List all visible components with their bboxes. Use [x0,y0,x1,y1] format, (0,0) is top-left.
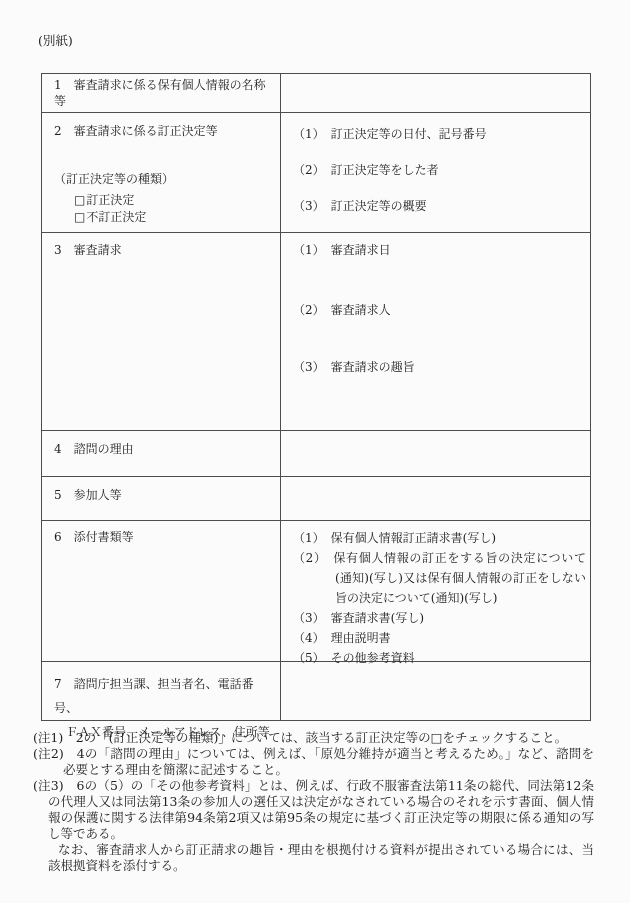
checkbox-non-correction-decision-label: 不訂正決定 [86,210,146,224]
footnote-2: (注2) 4の「諮問の理由」については、例えば、「原処分維持が適当と考えるため。… [33,746,594,778]
row-2-subheading: （訂正決定等の種類） [54,171,272,187]
checkbox-correction-decision-label: 訂正決定 [86,193,134,207]
row-4-label-cell: 4 諮問の理由 [42,431,281,476]
table-row-4: 4 諮問の理由 [42,430,590,476]
row-2-item-1: （1） 訂正決定等の日付、記号番号 [293,126,586,142]
table-row-6: 6 添付書類等 （1） 保有個人情報訂正請求書(写し) （2） 保有個人情報の訂… [42,520,590,661]
row-3-item-3: （3） 審査請求の趣旨 [293,359,586,375]
row-5-label-cell: 5 参加人等 [42,477,281,520]
row-5-value-cell [281,477,590,520]
row-4-value-cell [281,431,590,476]
row-2-value-cell: （1） 訂正決定等の日付、記号番号 （2） 訂正決定等をした者 （3） 訂正決定… [281,113,590,232]
row-6-item-3: （3） 審査請求書(写し) [293,608,586,628]
row-5-title: 5 参加人等 [54,487,272,503]
row-3-label-cell: 3 審査請求 [42,233,281,430]
row-6-item-1: （1） 保有個人情報訂正請求書(写し) [293,528,586,548]
row-3-item-1: （1） 審査請求日 [293,242,586,258]
table-row-5: 5 参加人等 [42,476,590,520]
row-7-label-cell: 7 諮問庁担当課、担当者名、電話番号、 ＦＡＸ番号、メールアドレス、住所等 [42,662,281,720]
row-2-title: 2 審査請求に係る訂正決定等 [54,123,272,139]
row-1-label-cell: 1 審査請求に係る保有個人情報の名称等 [42,74,281,112]
footnotes: (注1) 2の「(訂正決定等の種類)」については、該当する訂正決定等の□をチェッ… [33,730,594,874]
row-1-value-cell [281,74,590,112]
row-7-value-cell [281,662,590,720]
table-row-2: 2 審査請求に係る訂正決定等 （訂正決定等の種類） □訂正決定 □不訂正決定 （… [42,112,590,232]
footnote-3-main: (注3) 6の（5）の「その他参考資料」とは、例えば、行政不服審査法第11条の総… [48,778,594,842]
row-3-value-cell: （1） 審査請求日 （2） 審査請求人 （3） 審査請求の趣旨 [281,233,590,430]
checkbox-line-non-correction-decision: □不訂正決定 [74,209,272,226]
document-page: (別紙) 1 審査請求に係る保有個人情報の名称等 2 審査請求に係る訂正決定等 … [0,0,630,903]
row-2-label-cell: 2 審査請求に係る訂正決定等 （訂正決定等の種類） □訂正決定 □不訂正決定 [42,113,281,232]
checkbox-correction-decision-icon: □ [74,192,85,209]
row-6-label-cell: 6 添付書類等 [42,521,281,661]
row-6-item-2: （2） 保有個人情報の訂正をする旨の決定について(通知)(写し)又は保有個人情報… [293,548,586,608]
checkbox-line-correction-decision: □訂正決定 [74,192,272,209]
footnote-3: (注3) 6の（5）の「その他参考資料」とは、例えば、行政不服審査法第11条の総… [33,778,594,874]
checkbox-non-correction-decision-icon: □ [74,209,85,226]
row-6-title: 6 添付書類等 [54,529,272,545]
table-row-1: 1 審査請求に係る保有個人情報の名称等 [42,74,590,112]
row-7-title-line-1: 7 諮問庁担当課、担当者名、電話番号、 [54,662,272,720]
row-3-item-2: （2） 審査請求人 [293,302,586,318]
row-4-title: 4 諮問の理由 [54,441,272,457]
sheet-label: (別紙) [38,33,73,48]
row-2-checkbox-group: □訂正決定 □不訂正決定 [74,192,272,226]
table-row-3: 3 審査請求 （1） 審査請求日 （2） 審査請求人 （3） 審査請求の趣旨 [42,232,590,430]
row-1-title: 1 審査請求に係る保有個人情報の名称等 [54,77,272,109]
row-6-value-cell: （1） 保有個人情報訂正請求書(写し) （2） 保有個人情報の訂正をする旨の決定… [281,521,590,661]
footnote-1: (注1) 2の「(訂正決定等の種類)」については、該当する訂正決定等の□をチェッ… [33,730,594,746]
footnote-3-addendum: なお、審査請求人から訂正請求の趣旨・理由を根拠付ける資料が提出されている場合には… [48,842,594,874]
table-row-7: 7 諮問庁担当課、担当者名、電話番号、 ＦＡＸ番号、メールアドレス、住所等 [42,661,590,720]
row-2-item-2: （2） 訂正決定等をした者 [293,162,586,178]
row-6-item-4: （4） 理由説明書 [293,628,586,648]
row-2-item-3: （3） 訂正決定等の概要 [293,198,586,214]
main-table: 1 審査請求に係る保有個人情報の名称等 2 審査請求に係る訂正決定等 （訂正決定… [41,73,591,721]
row-3-title: 3 審査請求 [54,242,272,258]
